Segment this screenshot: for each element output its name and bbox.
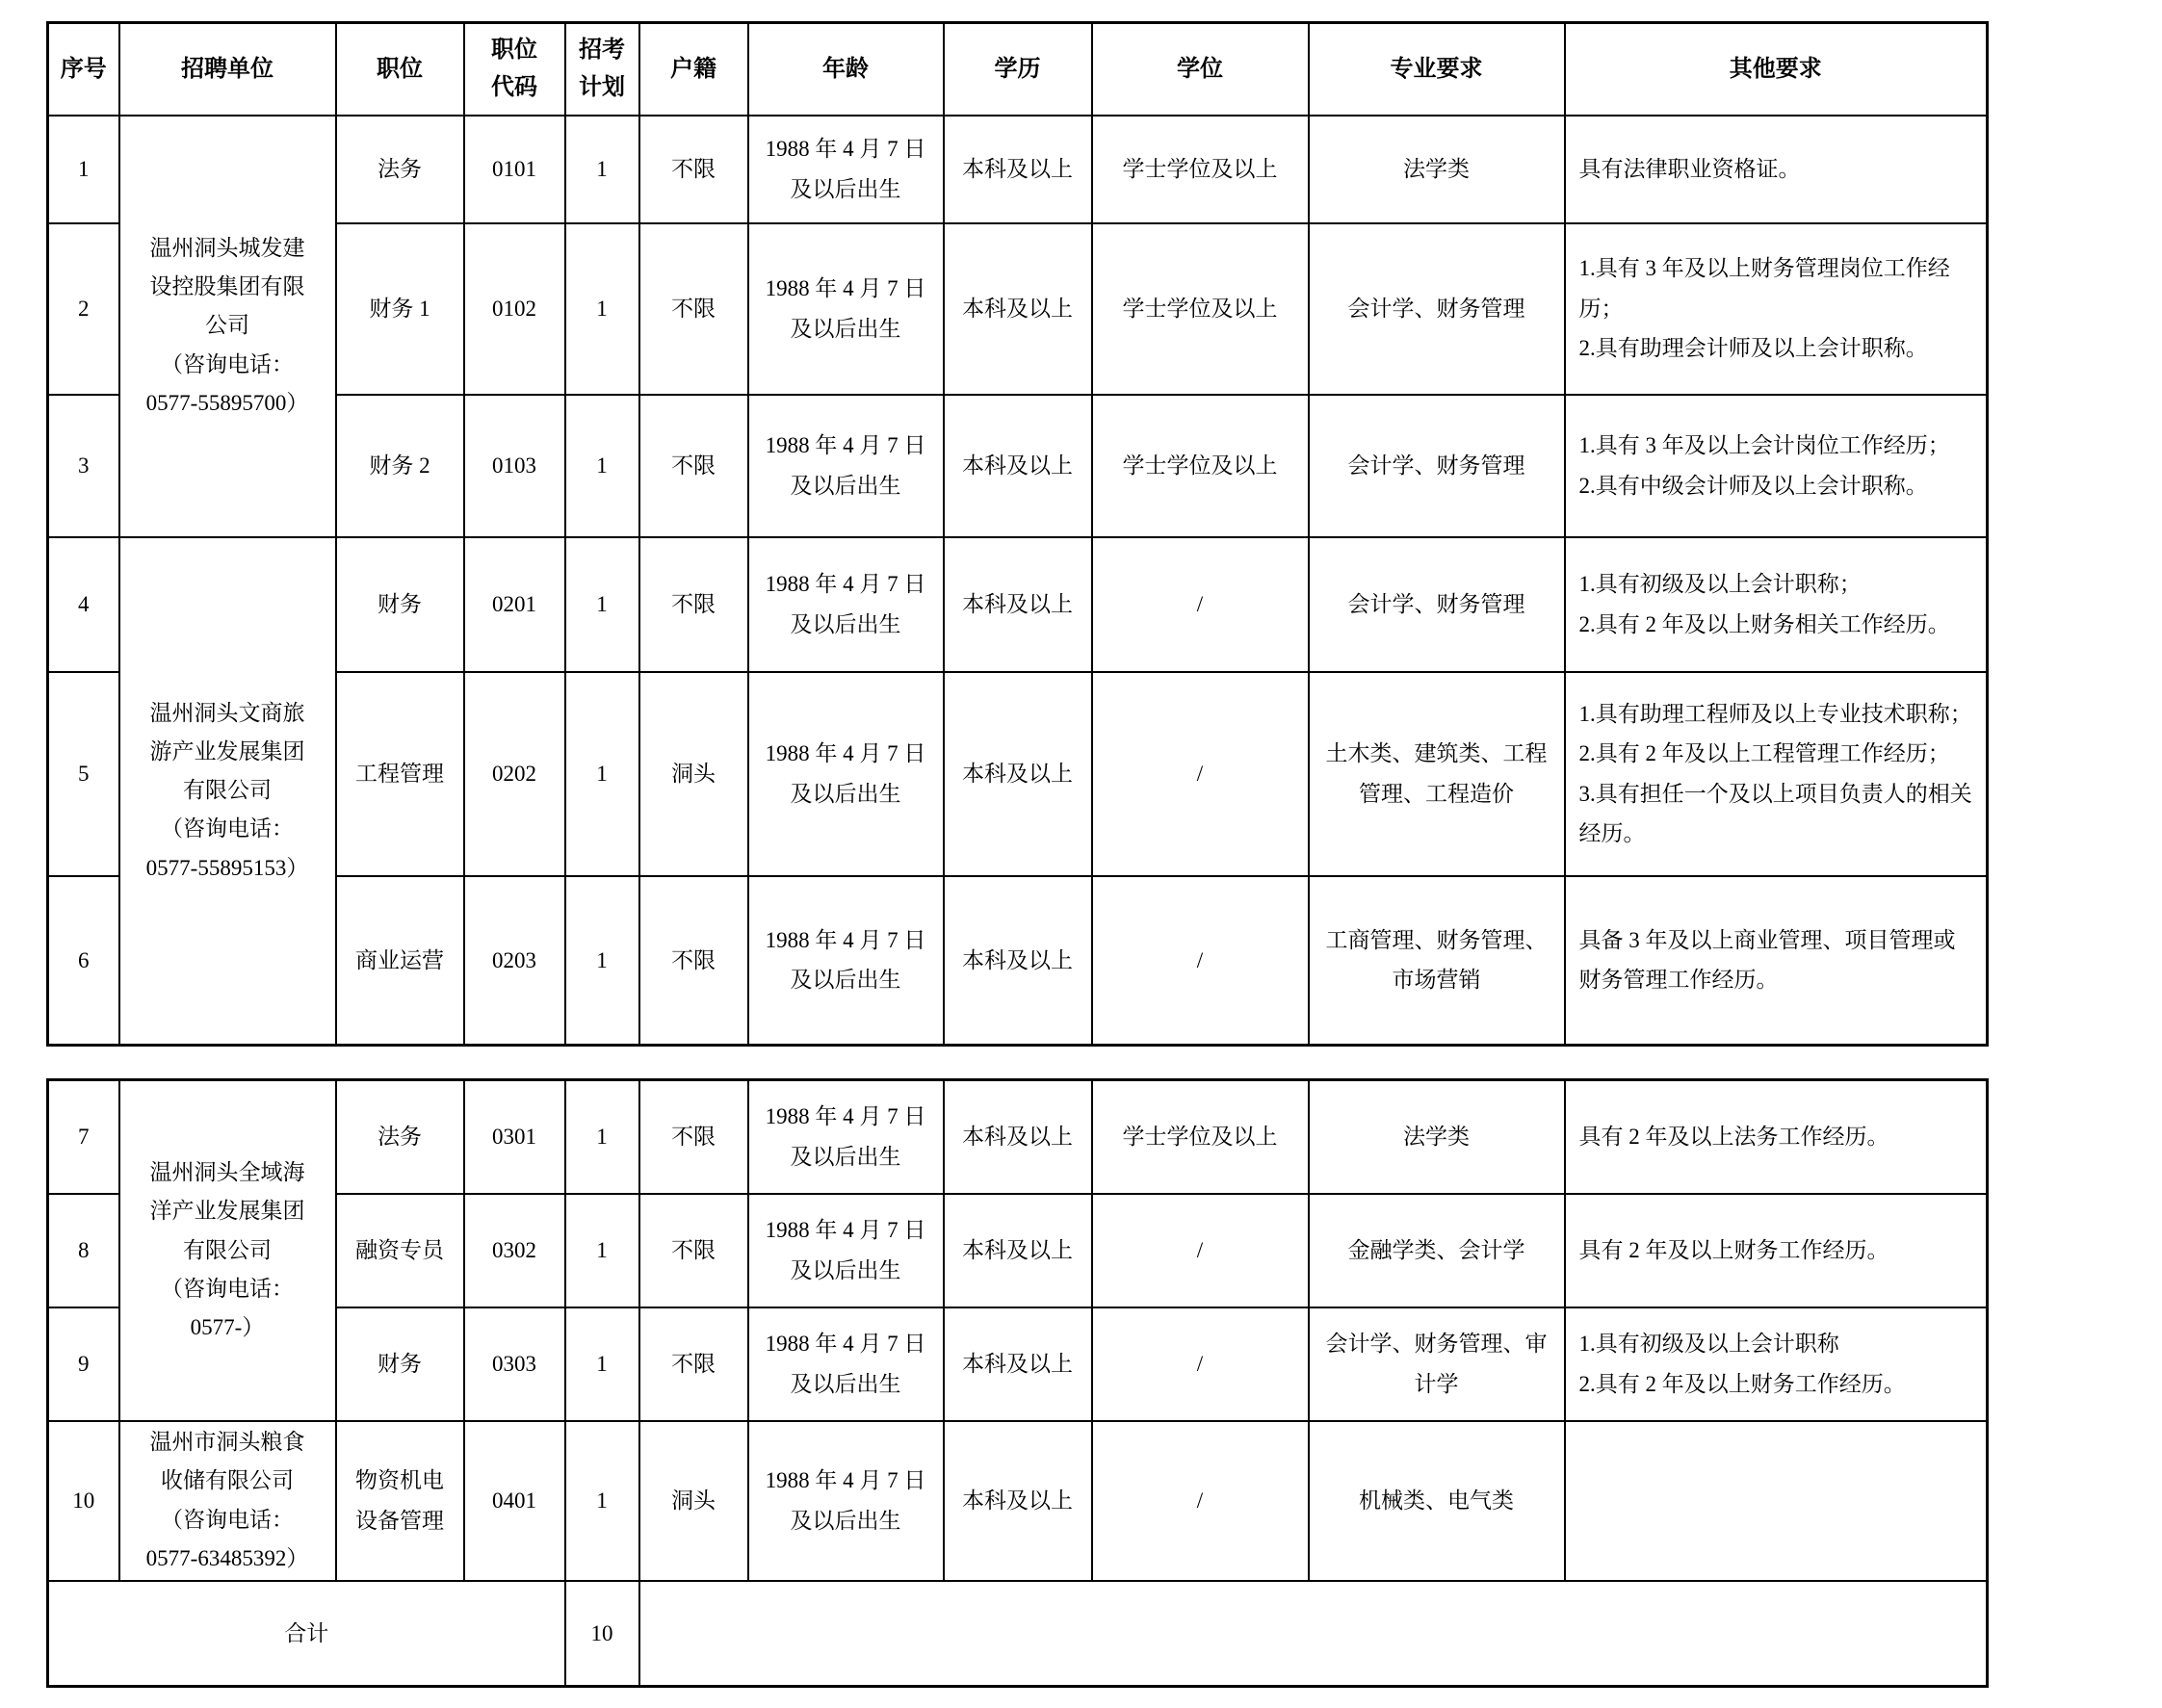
cell-plan-2: 1 xyxy=(565,223,639,395)
cell-other-4: 1.具有初级及以上会计职称； 2.具有 2 年及以上财务相关工作经历。 xyxy=(1565,537,1988,672)
cell-age-3: 1988 年 4 月 7 日 及以后出生 xyxy=(748,395,944,537)
cell-code-1: 0101 xyxy=(464,116,565,223)
table-row: 2 财务 1 0102 1 不限 1988 年 4 月 7 日 及以后出生 本科… xyxy=(48,223,1988,395)
cell-plan-7: 1 xyxy=(565,1080,639,1194)
table-row: 8 融资专员 0302 1 不限 1988 年 4 月 7 日 及以后出生 本科… xyxy=(48,1194,1988,1307)
cell-registration-7: 不限 xyxy=(639,1080,748,1194)
cell-seq-5: 5 xyxy=(48,672,119,876)
cell-education-6: 本科及以上 xyxy=(944,876,1092,1046)
cell-seq-1: 1 xyxy=(48,116,119,223)
cell-code-8: 0302 xyxy=(464,1194,565,1307)
cell-position-3: 财务 2 xyxy=(336,395,464,537)
cell-plan-3: 1 xyxy=(565,395,639,537)
cell-degree-1: 学士学位及以上 xyxy=(1092,116,1309,223)
cell-seq-10: 10 xyxy=(48,1421,119,1581)
document-page: 序号 招聘单位 职位 职位 代码 招考 计划 户籍 年龄 学历 学位 专业要求 … xyxy=(0,0,2162,1708)
cell-unit-3: 温州洞头全域海 洋产业发展集团 有限公司 （咨询电话： 0577-） xyxy=(119,1080,336,1421)
cell-code-6: 0203 xyxy=(464,876,565,1046)
table-row: 3 财务 2 0103 1 不限 1988 年 4 月 7 日 及以后出生 本科… xyxy=(48,395,1988,537)
cell-major-10: 机械类、电气类 xyxy=(1309,1421,1565,1581)
cell-education-9: 本科及以上 xyxy=(944,1307,1092,1421)
cell-plan-4: 1 xyxy=(565,537,639,672)
header-code: 职位 代码 xyxy=(464,23,565,116)
cell-other-9: 1.具有初级及以上会计职称 2.具有 2 年及以上财务工作经历。 xyxy=(1565,1307,1988,1421)
cell-education-2: 本科及以上 xyxy=(944,223,1092,395)
cell-registration-1: 不限 xyxy=(639,116,748,223)
cell-education-4: 本科及以上 xyxy=(944,537,1092,672)
cell-position-2: 财务 1 xyxy=(336,223,464,395)
cell-code-5: 0202 xyxy=(464,672,565,876)
recruitment-table-part1: 序号 招聘单位 职位 职位 代码 招考 计划 户籍 年龄 学历 学位 专业要求 … xyxy=(46,21,1989,1047)
cell-major-7: 法学类 xyxy=(1309,1080,1565,1194)
cell-age-7: 1988 年 4 月 7 日 及以后出生 xyxy=(748,1080,944,1194)
cell-code-3: 0103 xyxy=(464,395,565,537)
cell-major-3: 会计学、财务管理 xyxy=(1309,395,1565,537)
cell-other-6: 具备 3 年及以上商业管理、项目管理或财务管理工作经历。 xyxy=(1565,876,1988,1046)
cell-position-6: 商业运营 xyxy=(336,876,464,1046)
cell-unit-1: 温州洞头城发建 设控股集团有限 公司 （咨询电话： 0577-55895700） xyxy=(119,116,336,537)
table-row: 10 温州市洞头粮食 收储有限公司 （咨询电话： 0577-63485392） … xyxy=(48,1421,1988,1581)
table-row: 4 温州洞头文商旅 游产业发展集团 有限公司 （咨询电话： 0577-55895… xyxy=(48,537,1988,672)
cell-degree-9: / xyxy=(1092,1307,1309,1421)
cell-age-1: 1988 年 4 月 7 日 及以后出生 xyxy=(748,116,944,223)
header-plan: 招考 计划 xyxy=(565,23,639,116)
cell-code-4: 0201 xyxy=(464,537,565,672)
cell-position-5: 工程管理 xyxy=(336,672,464,876)
cell-major-5: 土木类、建筑类、工程 管理、工程造价 xyxy=(1309,672,1565,876)
cell-seq-3: 3 xyxy=(48,395,119,537)
cell-degree-6: / xyxy=(1092,876,1309,1046)
cell-education-7: 本科及以上 xyxy=(944,1080,1092,1194)
cell-major-9: 会计学、财务管理、审 计学 xyxy=(1309,1307,1565,1421)
cell-education-10: 本科及以上 xyxy=(944,1421,1092,1581)
cell-other-7: 具有 2 年及以上法务工作经历。 xyxy=(1565,1080,1988,1194)
cell-degree-8: / xyxy=(1092,1194,1309,1307)
cell-plan-8: 1 xyxy=(565,1194,639,1307)
cell-position-1: 法务 xyxy=(336,116,464,223)
cell-other-5: 1.具有助理工程师及以上专业技术职称； 2.具有 2 年及以上工程管理工作经历；… xyxy=(1565,672,1988,876)
recruitment-table-part2: 7 温州洞头全域海 洋产业发展集团 有限公司 （咨询电话： 0577-） 法务 … xyxy=(46,1078,1989,1688)
header-degree: 学位 xyxy=(1092,23,1309,116)
cell-major-4: 会计学、财务管理 xyxy=(1309,537,1565,672)
cell-code-9: 0303 xyxy=(464,1307,565,1421)
cell-total-plan: 10 xyxy=(565,1581,639,1687)
cell-education-5: 本科及以上 xyxy=(944,672,1092,876)
cell-degree-2: 学士学位及以上 xyxy=(1092,223,1309,395)
cell-education-1: 本科及以上 xyxy=(944,116,1092,223)
total-row: 合计 10 xyxy=(48,1581,1988,1687)
cell-degree-7: 学士学位及以上 xyxy=(1092,1080,1309,1194)
cell-registration-6: 不限 xyxy=(639,876,748,1046)
header-education: 学历 xyxy=(944,23,1092,116)
cell-position-8: 融资专员 xyxy=(336,1194,464,1307)
cell-total-label: 合计 xyxy=(48,1581,565,1687)
cell-other-3: 1.具有 3 年及以上会计岗位工作经历； 2.具有中级会计师及以上会计职称。 xyxy=(1565,395,1988,537)
cell-plan-6: 1 xyxy=(565,876,639,1046)
cell-major-2: 会计学、财务管理 xyxy=(1309,223,1565,395)
cell-age-10: 1988 年 4 月 7 日 及以后出生 xyxy=(748,1421,944,1581)
header-registration: 户籍 xyxy=(639,23,748,116)
cell-seq-2: 2 xyxy=(48,223,119,395)
cell-registration-3: 不限 xyxy=(639,395,748,537)
cell-age-8: 1988 年 4 月 7 日 及以后出生 xyxy=(748,1194,944,1307)
cell-major-1: 法学类 xyxy=(1309,116,1565,223)
cell-registration-9: 不限 xyxy=(639,1307,748,1421)
cell-age-2: 1988 年 4 月 7 日 及以后出生 xyxy=(748,223,944,395)
cell-code-10: 0401 xyxy=(464,1421,565,1581)
cell-registration-4: 不限 xyxy=(639,537,748,672)
cell-position-9: 财务 xyxy=(336,1307,464,1421)
header-position: 职位 xyxy=(336,23,464,116)
header-seq: 序号 xyxy=(48,23,119,116)
cell-position-10: 物资机电 设备管理 xyxy=(336,1421,464,1581)
cell-seq-8: 8 xyxy=(48,1194,119,1307)
cell-other-2: 1.具有 3 年及以上财务管理岗位工作经历； 2.具有助理会计师及以上会计职称。 xyxy=(1565,223,1988,395)
table-row: 6 商业运营 0203 1 不限 1988 年 4 月 7 日 及以后出生 本科… xyxy=(48,876,1988,1046)
cell-age-5: 1988 年 4 月 7 日 及以后出生 xyxy=(748,672,944,876)
header-other: 其他要求 xyxy=(1565,23,1988,116)
cell-plan-1: 1 xyxy=(565,116,639,223)
cell-education-8: 本科及以上 xyxy=(944,1194,1092,1307)
cell-unit-2: 温州洞头文商旅 游产业发展集团 有限公司 （咨询电话： 0577-5589515… xyxy=(119,537,336,1046)
cell-unit-4: 温州市洞头粮食 收储有限公司 （咨询电话： 0577-63485392） xyxy=(119,1421,336,1581)
header-row: 序号 招聘单位 职位 职位 代码 招考 计划 户籍 年龄 学历 学位 专业要求 … xyxy=(48,23,1988,116)
table-row: 5 工程管理 0202 1 洞头 1988 年 4 月 7 日 及以后出生 本科… xyxy=(48,672,1988,876)
cell-seq-4: 4 xyxy=(48,537,119,672)
cell-plan-9: 1 xyxy=(565,1307,639,1421)
cell-degree-3: 学士学位及以上 xyxy=(1092,395,1309,537)
cell-age-6: 1988 年 4 月 7 日 及以后出生 xyxy=(748,876,944,1046)
cell-seq-7: 7 xyxy=(48,1080,119,1194)
cell-degree-4: / xyxy=(1092,537,1309,672)
header-age: 年龄 xyxy=(748,23,944,116)
cell-major-8: 金融学类、会计学 xyxy=(1309,1194,1565,1307)
cell-total-empty xyxy=(639,1581,1988,1687)
cell-code-7: 0301 xyxy=(464,1080,565,1194)
cell-education-3: 本科及以上 xyxy=(944,395,1092,537)
cell-registration-8: 不限 xyxy=(639,1194,748,1307)
cell-seq-9: 9 xyxy=(48,1307,119,1421)
cell-degree-10: / xyxy=(1092,1421,1309,1581)
header-unit: 招聘单位 xyxy=(119,23,336,116)
cell-code-2: 0102 xyxy=(464,223,565,395)
cell-position-7: 法务 xyxy=(336,1080,464,1194)
cell-other-8: 具有 2 年及以上财务工作经历。 xyxy=(1565,1194,1988,1307)
cell-seq-6: 6 xyxy=(48,876,119,1046)
cell-registration-5: 洞头 xyxy=(639,672,748,876)
cell-degree-5: / xyxy=(1092,672,1309,876)
cell-registration-10: 洞头 xyxy=(639,1421,748,1581)
cell-other-1: 具有法律职业资格证。 xyxy=(1565,116,1988,223)
cell-plan-10: 1 xyxy=(565,1421,639,1581)
cell-age-4: 1988 年 4 月 7 日 及以后出生 xyxy=(748,537,944,672)
cell-age-9: 1988 年 4 月 7 日 及以后出生 xyxy=(748,1307,944,1421)
table-row: 1 温州洞头城发建 设控股集团有限 公司 （咨询电话： 0577-5589570… xyxy=(48,116,1988,223)
cell-position-4: 财务 xyxy=(336,537,464,672)
table-row: 7 温州洞头全域海 洋产业发展集团 有限公司 （咨询电话： 0577-） 法务 … xyxy=(48,1080,1988,1194)
header-major: 专业要求 xyxy=(1309,23,1565,116)
cell-registration-2: 不限 xyxy=(639,223,748,395)
cell-plan-5: 1 xyxy=(565,672,639,876)
cell-major-6: 工商管理、财务管理、 市场营销 xyxy=(1309,876,1565,1046)
cell-other-10 xyxy=(1565,1421,1988,1581)
table-row: 9 财务 0303 1 不限 1988 年 4 月 7 日 及以后出生 本科及以… xyxy=(48,1307,1988,1421)
